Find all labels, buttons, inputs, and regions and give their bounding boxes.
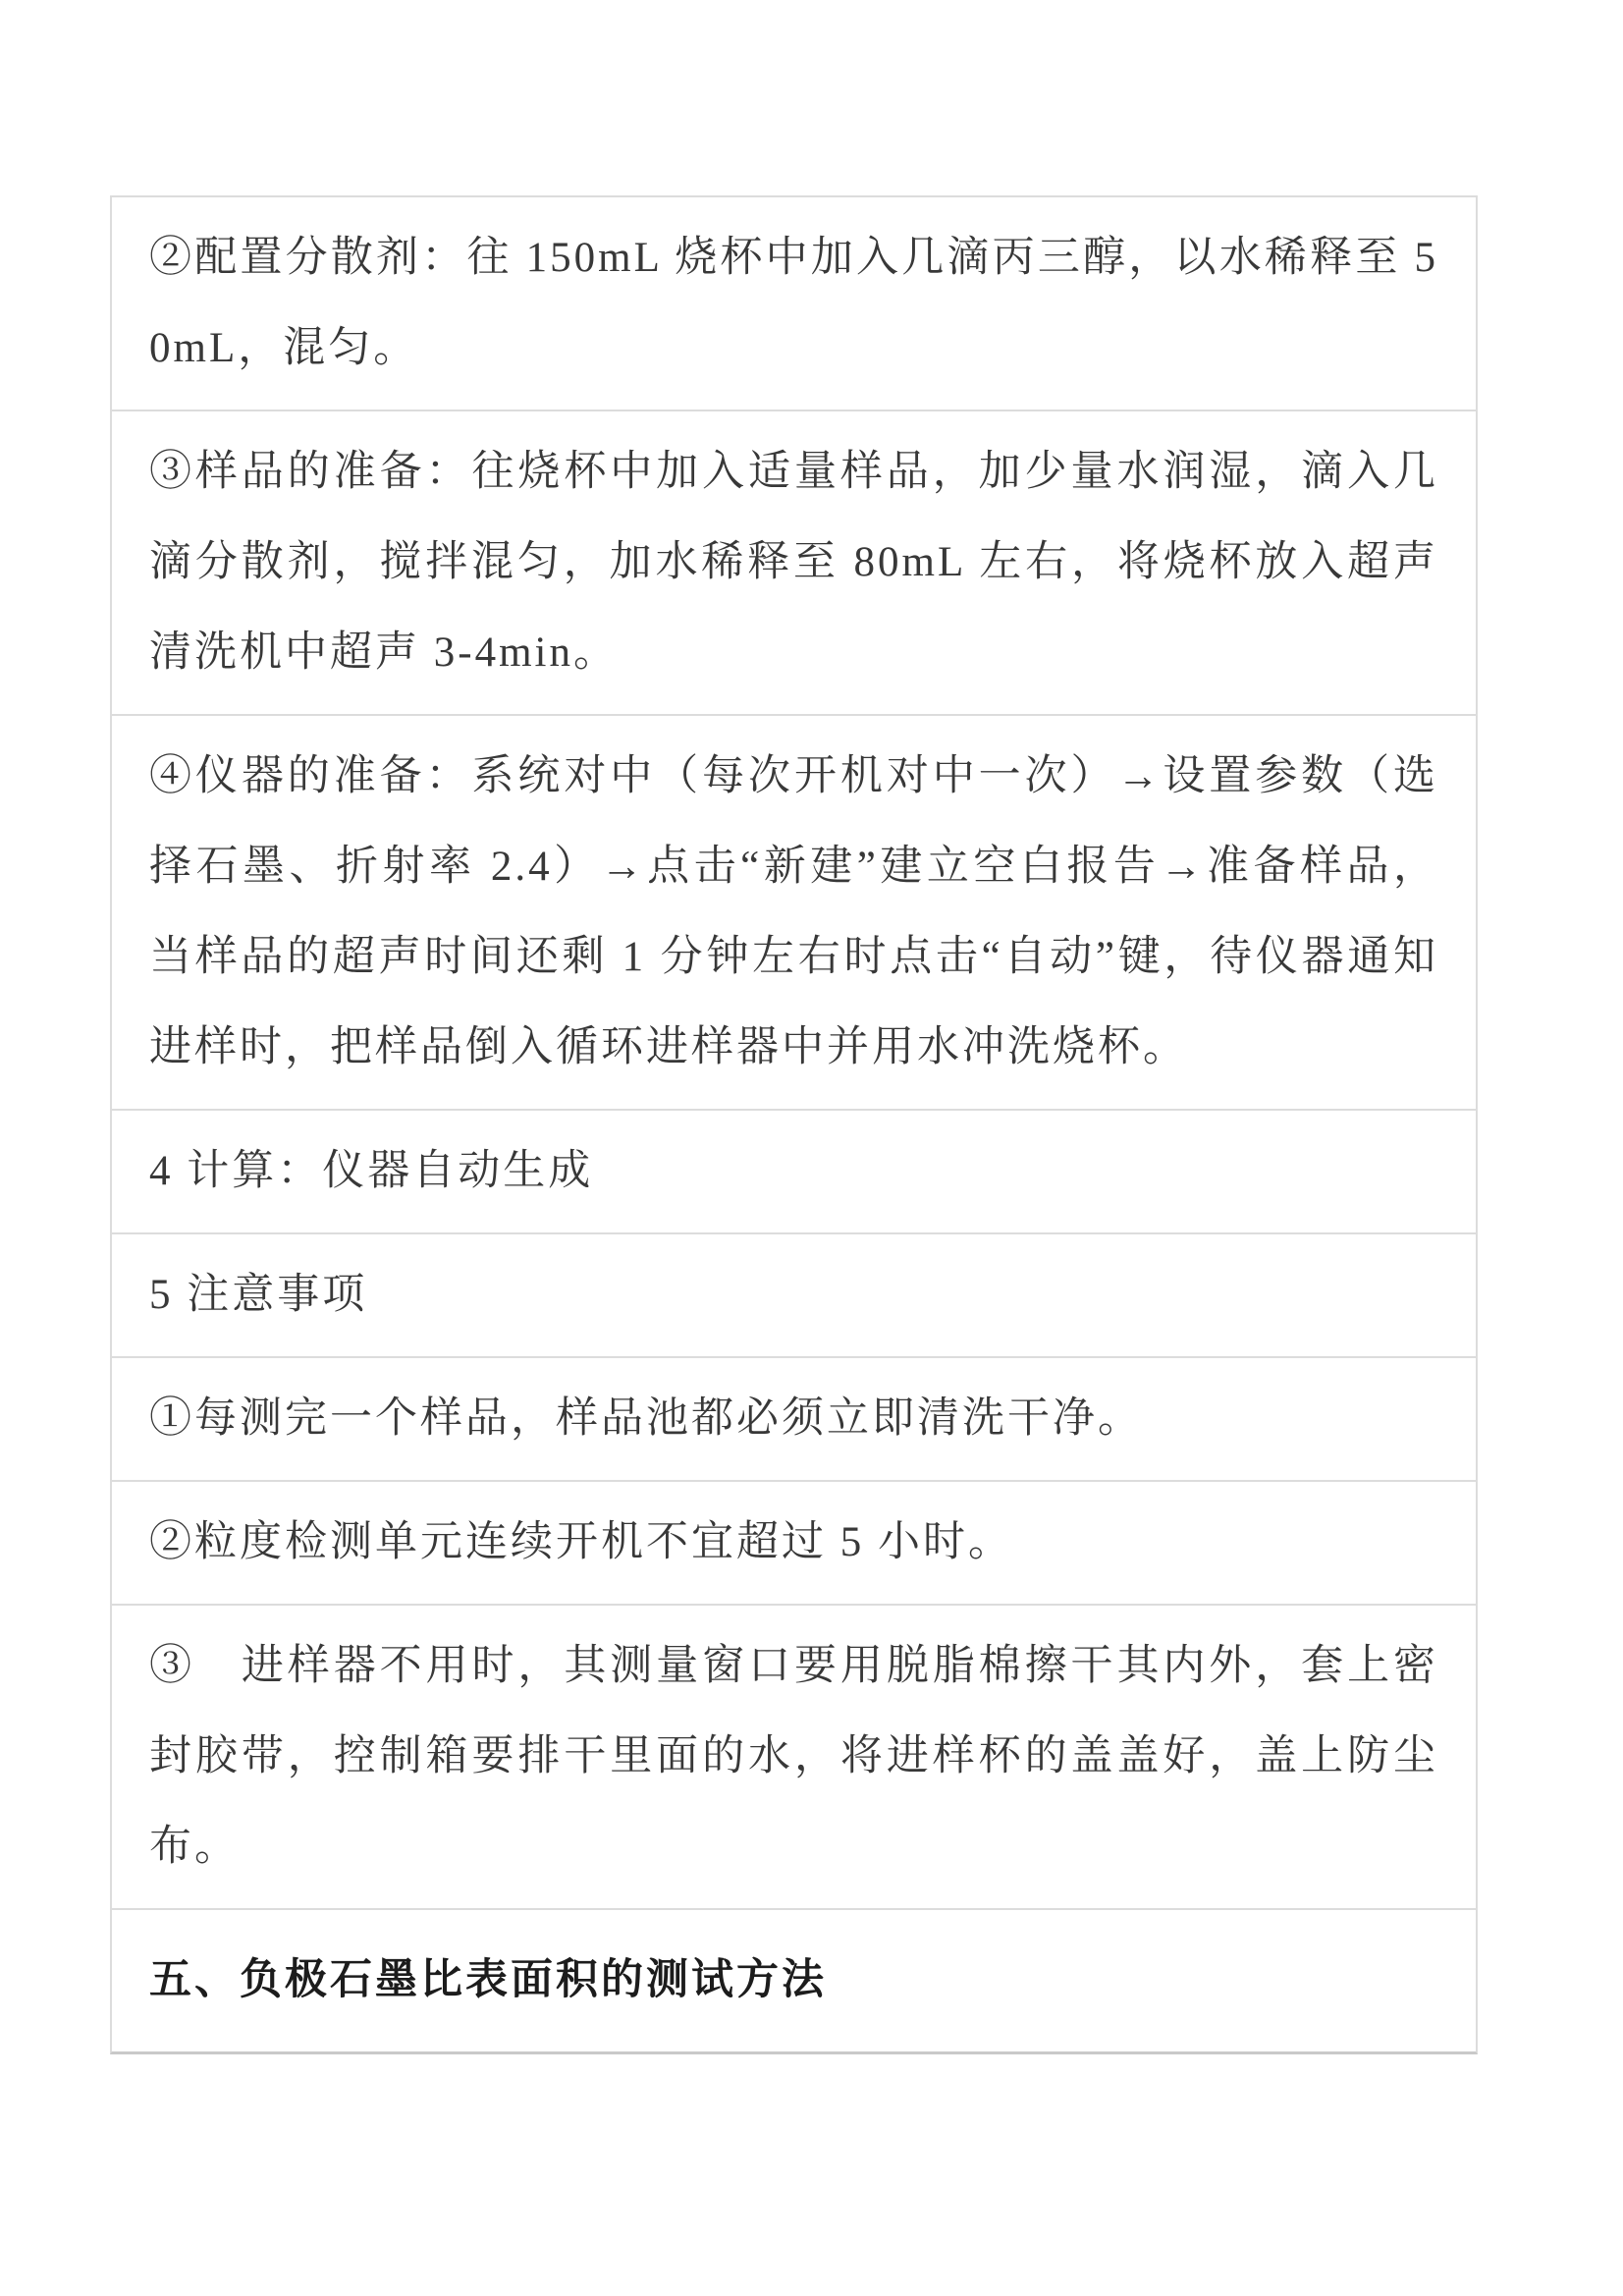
cell-text: ④仪器的准备：系统对中（每次开机对中一次）→设置参数（选择石墨、折射率 2.4）… <box>149 732 1438 1093</box>
cell-text: 5 注意事项 <box>149 1250 1438 1340</box>
table-row: ③样品的准备：往烧杯中加入适量样品，加少量水润湿，滴入几滴分散剂，搅拌混匀，加水… <box>112 411 1476 716</box>
table-row: ③ 进样器不用时，其测量窗口要用脱脂棉擦干其内外，套上密封胶带，控制箱要排干里面… <box>112 1606 1476 1910</box>
table-row: ①每测完一个样品，样品池都必须立即清洗干净。 <box>112 1358 1476 1482</box>
table-row: ④仪器的准备：系统对中（每次开机对中一次）→设置参数（选择石墨、折射率 2.4）… <box>112 716 1476 1111</box>
document-page: ②配置分散剂：往 150mL 烧杯中加入几滴丙三醇，以水稀释至 50mL，混匀。… <box>0 0 1623 2296</box>
table-row-section-heading: 五、负极石墨比表面积的测试方法 <box>112 1910 1476 2051</box>
cell-text: ①每测完一个样品，样品池都必须立即清洗干净。 <box>149 1374 1438 1464</box>
table-row: ②配置分散剂：往 150mL 烧杯中加入几滴丙三醇，以水稀释至 50mL，混匀。 <box>112 197 1476 411</box>
cell-text: ③ 进样器不用时，其测量窗口要用脱脂棉擦干其内外，套上密封胶带，控制箱要排干里面… <box>149 1621 1438 1892</box>
section-heading-text: 五、负极石墨比表面积的测试方法 <box>149 1936 1438 2026</box>
procedure-table: ②配置分散剂：往 150mL 烧杯中加入几滴丙三醇，以水稀释至 50mL，混匀。… <box>110 195 1478 2054</box>
cell-text: 4 计算：仪器自动生成 <box>149 1126 1438 1217</box>
table-row: ②粒度检测单元连续开机不宜超过 5 小时。 <box>112 1482 1476 1606</box>
table-row: 5 注意事项 <box>112 1234 1476 1358</box>
cell-text: ②粒度检测单元连续开机不宜超过 5 小时。 <box>149 1498 1438 1588</box>
cell-text: ②配置分散剂：往 150mL 烧杯中加入几滴丙三醇，以水稀释至 50mL，混匀。 <box>149 213 1438 394</box>
table-row: 4 计算：仪器自动生成 <box>112 1111 1476 1234</box>
cell-text: ③样品的准备：往烧杯中加入适量样品，加少量水润湿，滴入几滴分散剂，搅拌混匀，加水… <box>149 427 1438 698</box>
